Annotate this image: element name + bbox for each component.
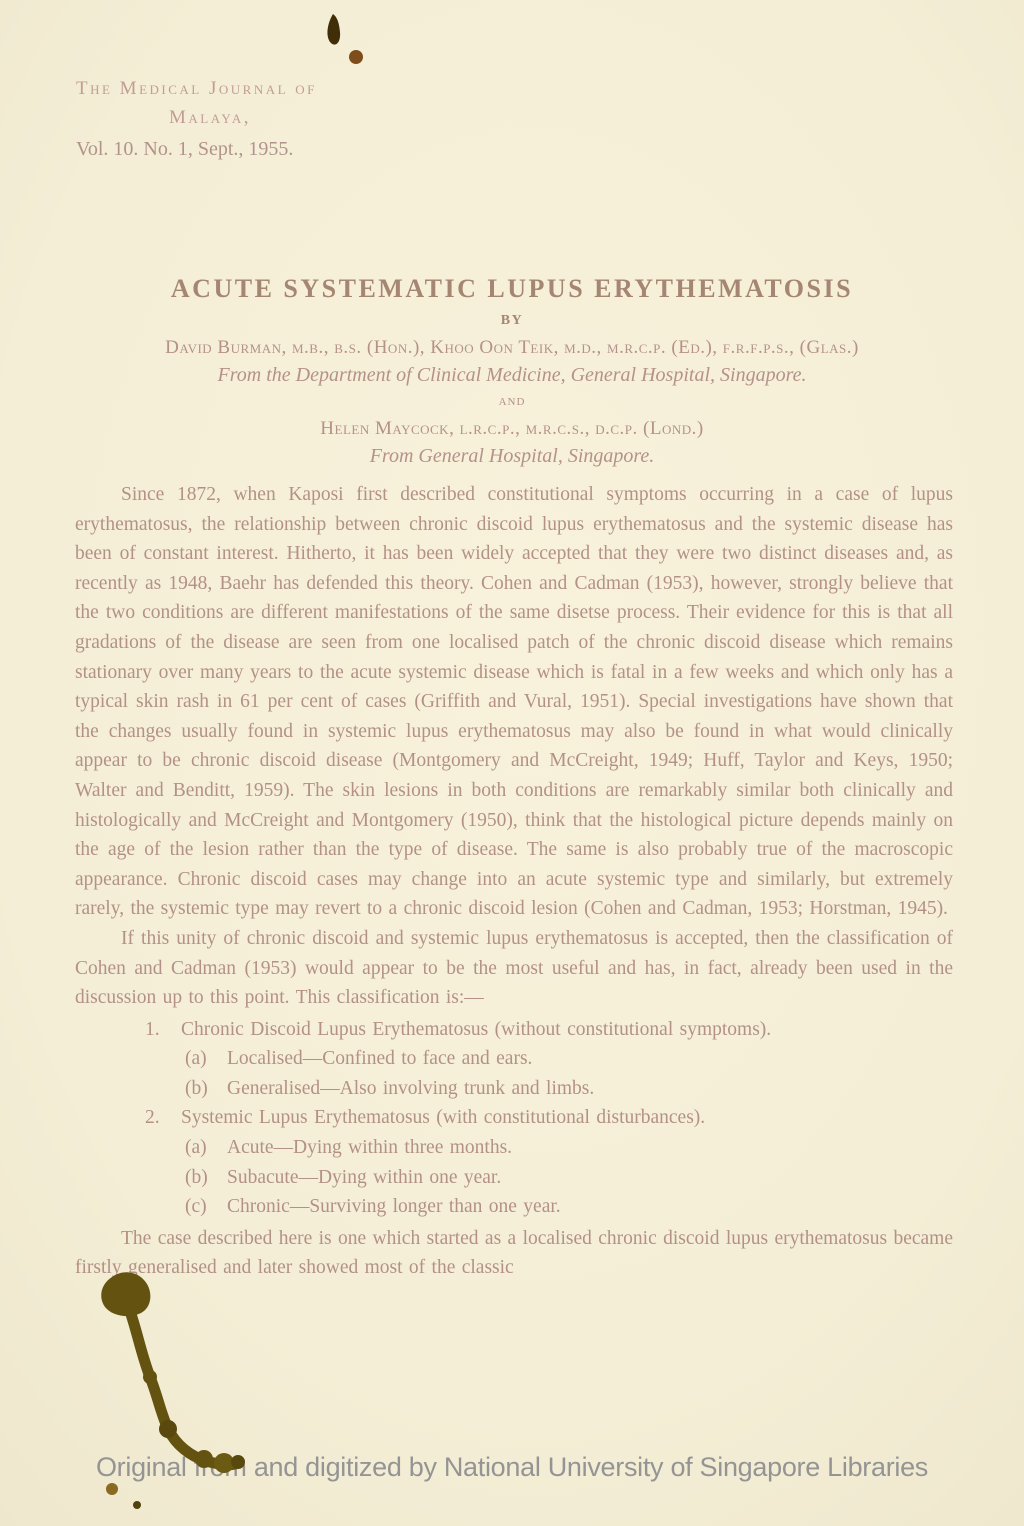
library-watermark: Original from and digitized by National … xyxy=(0,1452,1024,1483)
ink-blot-node xyxy=(159,1420,177,1438)
paragraph-1: Since 1872, when Kaposi first described … xyxy=(75,480,953,924)
item-text: Acute—Dying within three months. xyxy=(227,1133,512,1163)
article-header: ACUTE SYSTEMATIC LUPUS ERYTHEMATOSIS BY … xyxy=(0,274,1024,468)
ink-splatter-dot xyxy=(133,1501,141,1509)
journal-masthead: The Medical Journal of Malaya, Vol. 10. … xyxy=(76,78,344,161)
item-text: Chronic—Surviving longer than one year. xyxy=(227,1192,561,1222)
journal-name-line: The Medical Journal of xyxy=(76,78,344,100)
item-label: (c) xyxy=(185,1192,217,1222)
item-text: Chronic Discoid Lupus Erythematosus (wit… xyxy=(181,1015,771,1045)
by-label: BY xyxy=(0,313,1024,329)
article-title: ACUTE SYSTEMATIC LUPUS ERYTHEMATOSIS xyxy=(0,274,1024,304)
ink-mark-comma xyxy=(327,14,340,45)
item-label: (b) xyxy=(185,1163,217,1193)
affiliation-2: From General Hospital, Singapore. xyxy=(0,445,1024,468)
scanned-journal-page: The Medical Journal of Malaya, Vol. 10. … xyxy=(0,0,1024,1526)
and-label: and xyxy=(0,393,1024,410)
classification-item-1b: (b) Generalised—Also involving trunk and… xyxy=(75,1074,953,1104)
journal-place-line: Malaya, xyxy=(76,107,344,129)
classification-item-2: 2. Systemic Lupus Erythematosus (with co… xyxy=(75,1103,953,1133)
ink-dot-top xyxy=(349,50,363,64)
classification-item-2b: (b) Subacute—Dying within one year. xyxy=(75,1163,953,1193)
classification-item-2a: (a) Acute—Dying within three months. xyxy=(75,1133,953,1163)
classification-item-2c: (c) Chronic—Surviving longer than one ye… xyxy=(75,1192,953,1222)
classification-item-1: 1. Chronic Discoid Lupus Erythematosus (… xyxy=(75,1015,953,1045)
item-text: Systemic Lupus Erythematosus (with const… xyxy=(181,1103,705,1133)
affiliation-1: From the Department of Clinical Medicine… xyxy=(0,364,1024,387)
paragraph-2: If this unity of chronic discoid and sys… xyxy=(75,924,953,1013)
ink-blot-stroke xyxy=(130,1311,238,1465)
journal-issue-line: Vol. 10. No. 1, Sept., 1955. xyxy=(76,138,344,161)
ink-splatter-dot xyxy=(106,1483,118,1495)
ink-blot-node xyxy=(143,1370,157,1384)
article-body: Since 1872, when Kaposi first described … xyxy=(75,480,953,1283)
author-2-line: Helen Maycock, l.r.c.p., m.r.c.s., d.c.p… xyxy=(0,418,1024,440)
paragraph-3: The case described here is one which sta… xyxy=(75,1224,953,1283)
item-label: 1. xyxy=(145,1015,171,1045)
item-text: Localised—Confined to face and ears. xyxy=(227,1044,532,1074)
item-label: (a) xyxy=(185,1044,217,1074)
classification-item-1a: (a) Localised—Confined to face and ears. xyxy=(75,1044,953,1074)
authors-line: David Burman, m.b., b.s. (Hon.), Khoo Oo… xyxy=(0,337,1024,359)
item-text: Generalised—Also involving trunk and lim… xyxy=(227,1074,594,1104)
classification-list: 1. Chronic Discoid Lupus Erythematosus (… xyxy=(75,1015,953,1222)
item-label: (b) xyxy=(185,1074,217,1104)
item-text: Subacute—Dying within one year. xyxy=(227,1163,501,1193)
item-label: 2. xyxy=(145,1103,171,1133)
item-label: (a) xyxy=(185,1133,217,1163)
